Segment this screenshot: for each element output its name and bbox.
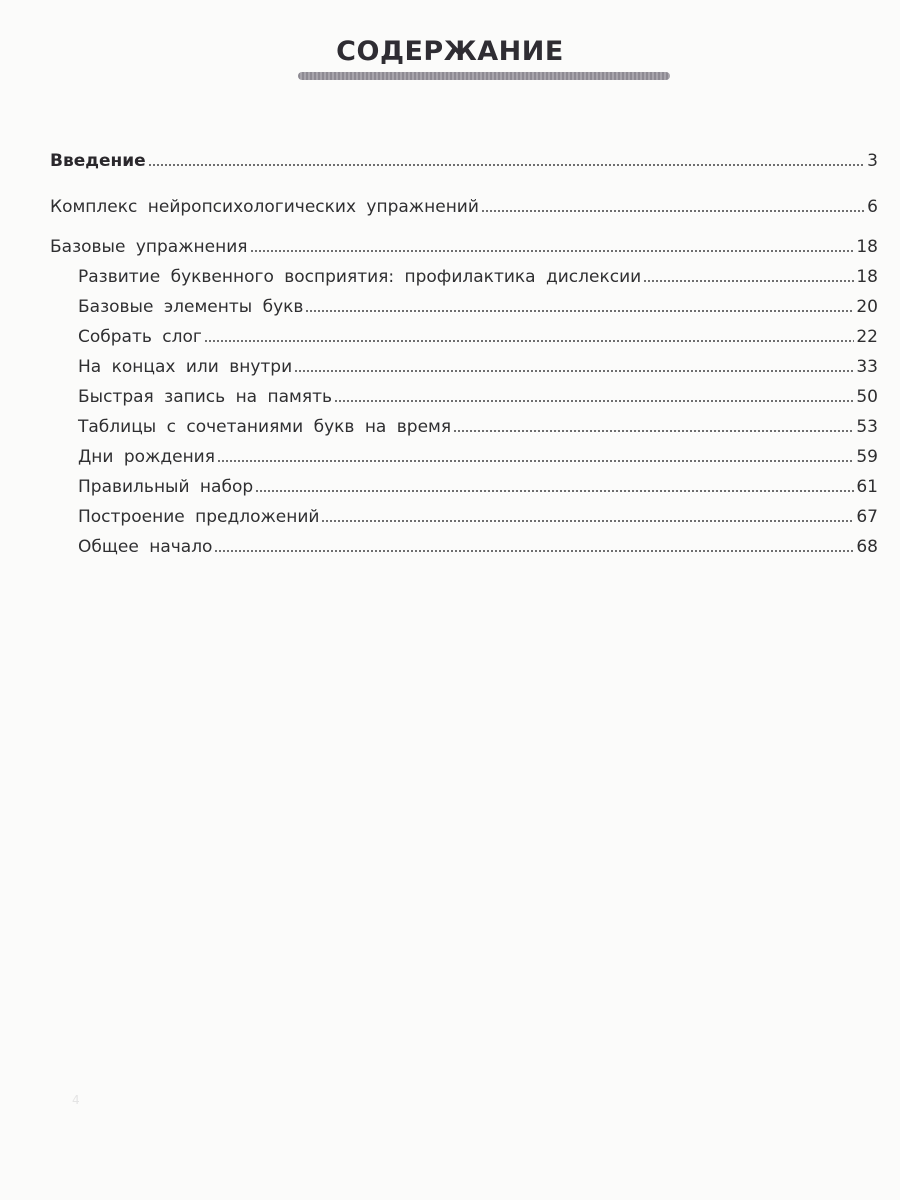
dot-leader xyxy=(321,519,854,523)
toc-entry-page-number: 20 xyxy=(856,296,878,318)
dot-leader xyxy=(305,309,854,313)
dot-leader xyxy=(643,279,854,283)
toc-entry-title: Общее начало xyxy=(78,536,212,558)
dot-leader xyxy=(250,249,855,253)
toc-entry-page-number: 22 xyxy=(856,326,878,348)
toc-entry-page-number: 61 xyxy=(856,476,878,498)
dot-leader xyxy=(481,209,865,213)
toc-entry-title: Правильный набор xyxy=(78,476,253,498)
toc-entry-page-number: 67 xyxy=(856,506,878,528)
toc-entry[interactable]: Собрать слог22 xyxy=(78,326,878,348)
toc-entry-title: Базовые элементы букв xyxy=(78,296,303,318)
dot-leader xyxy=(214,549,854,553)
dot-leader xyxy=(255,489,854,493)
toc-entry-page-number: 68 xyxy=(856,536,878,558)
footer-page-number: 4 xyxy=(72,1093,80,1107)
toc-entry-title: На концах или внутри xyxy=(78,356,292,378)
toc-entry[interactable]: На концах или внутри33 xyxy=(78,356,878,378)
toc-entry-page-number: 50 xyxy=(856,386,878,408)
dot-leader xyxy=(453,429,854,433)
toc-entry[interactable]: Таблицы с сочетаниями букв на время53 xyxy=(78,416,878,438)
dot-leader xyxy=(204,339,855,343)
toc-entry-page-number: 59 xyxy=(856,446,878,468)
toc-entry-page-number: 6 xyxy=(867,196,878,218)
toc-entry-page-number: 18 xyxy=(856,236,878,258)
toc-entry-title: Введение xyxy=(50,150,146,172)
toc-entry[interactable]: Комплекс нейропсихологических упражнений… xyxy=(50,196,878,218)
toc-entry[interactable]: Быстрая запись на память50 xyxy=(78,386,878,408)
toc-entry[interactable]: Правильный набор61 xyxy=(78,476,878,498)
dot-leader xyxy=(334,399,854,403)
toc-entry-title: Таблицы с сочетаниями букв на время xyxy=(78,416,451,438)
toc-entry[interactable]: Построение предложений67 xyxy=(78,506,878,528)
toc-entry-title: Собрать слог xyxy=(78,326,202,348)
toc-entry-title: Быстрая запись на память xyxy=(78,386,332,408)
dot-leader xyxy=(148,163,865,167)
toc-entry[interactable]: Дни рождения59 xyxy=(78,446,878,468)
toc-entry-page-number: 53 xyxy=(856,416,878,438)
toc-entry[interactable]: Введение3 xyxy=(50,150,878,172)
toc-entry[interactable]: Базовые элементы букв20 xyxy=(78,296,878,318)
toc-entry-page-number: 33 xyxy=(856,356,878,378)
toc-entry[interactable]: Общее начало68 xyxy=(78,536,878,558)
toc-entry-title: Развитие буквенного восприятия: профилак… xyxy=(78,266,641,288)
toc-entry[interactable]: Базовые упражнения18 xyxy=(50,236,878,258)
toc-entry-page-number: 18 xyxy=(856,266,878,288)
dot-leader xyxy=(217,459,854,463)
title-underline xyxy=(298,72,670,80)
page-title: СОДЕРЖАНИЕ xyxy=(0,36,900,67)
toc-entry-title: Дни рождения xyxy=(78,446,215,468)
toc-entry-title: Базовые упражнения xyxy=(50,236,248,258)
toc-entry-title: Комплекс нейропсихологических упражнений xyxy=(50,196,479,218)
toc-entry-title: Построение предложений xyxy=(78,506,319,528)
toc-entry[interactable]: Развитие буквенного восприятия: профилак… xyxy=(78,266,878,288)
dot-leader xyxy=(294,369,854,373)
toc-entry-page-number: 3 xyxy=(867,150,878,172)
